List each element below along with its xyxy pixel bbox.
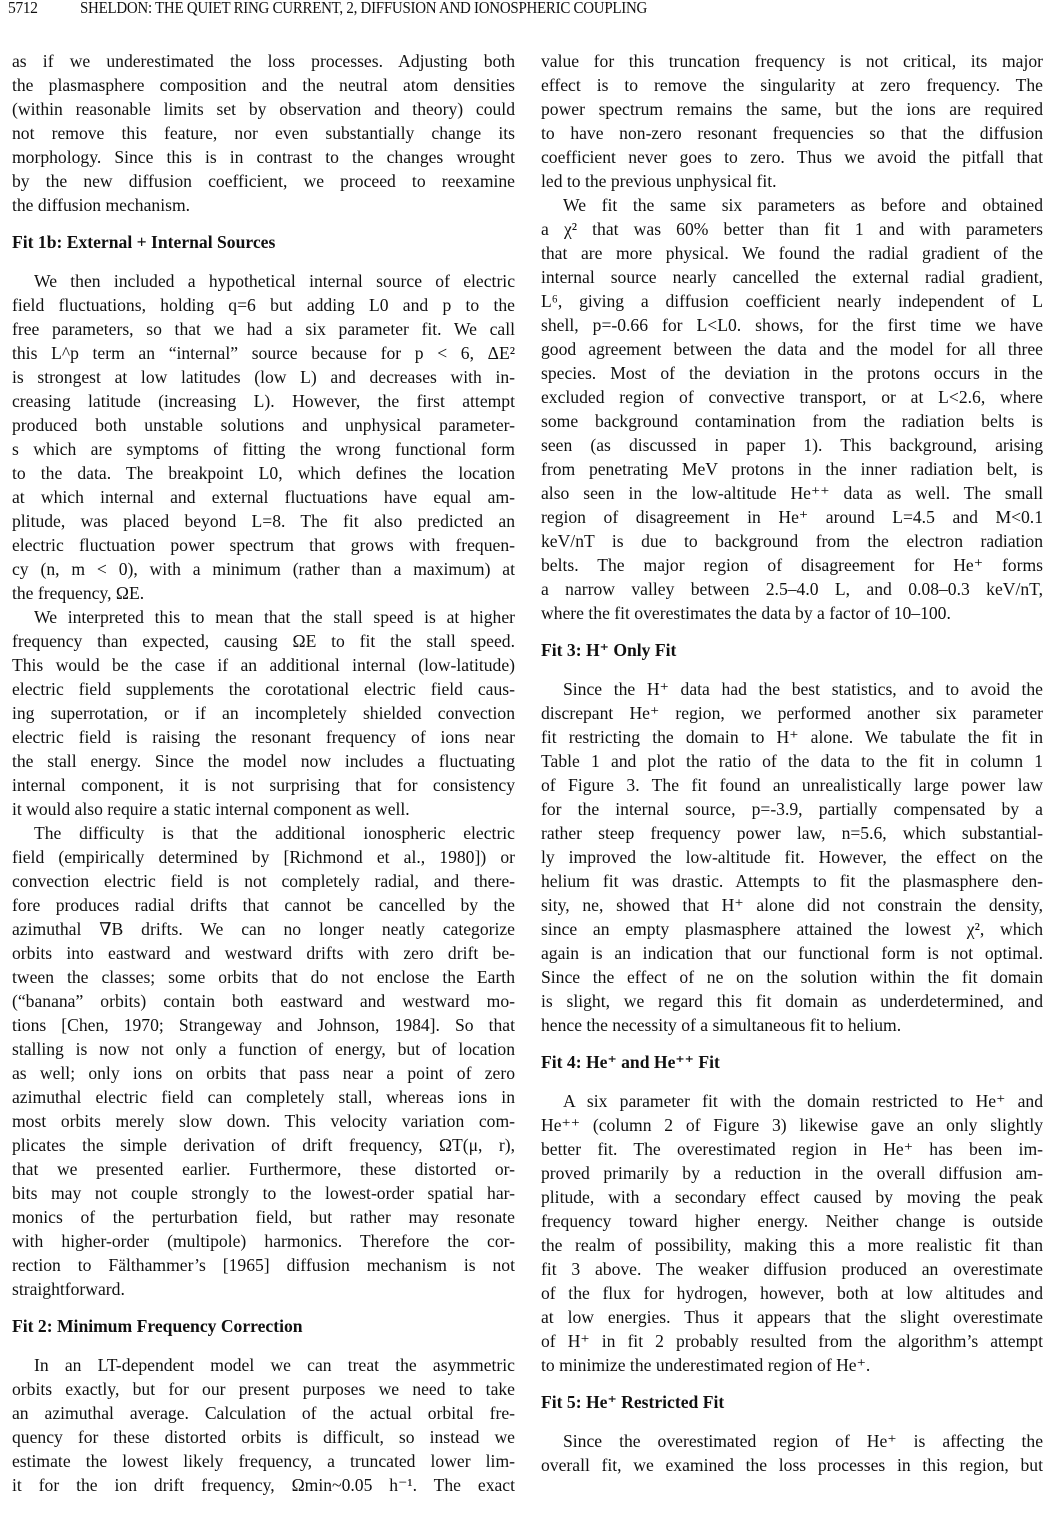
- text-line: the realm of possibility, making this a …: [541, 1233, 1043, 1257]
- text-line: orbits into eastward and westward drifts…: [12, 941, 515, 965]
- text-line: is strongest at low latitudes (low L) an…: [12, 365, 515, 389]
- text-line: Since the effect of ne on the solution w…: [541, 965, 1043, 989]
- text-line: ing superrotation, or if an incompletely…: [12, 701, 515, 725]
- text-line: since an empty plasmasphere attained the…: [541, 917, 1043, 941]
- text-line: to minimize the underestimated region of…: [541, 1353, 1043, 1377]
- paragraph: The difficulty is that the additional io…: [12, 821, 515, 1301]
- text-line: discrepant He⁺ region, we performed anot…: [541, 701, 1043, 725]
- text-line: produced both unstable solutions and unp…: [12, 413, 515, 437]
- text-line: azimuthal ∇B drifts. We can no longer ne…: [12, 917, 515, 941]
- paragraph: Since the overestimated region of He⁺ is…: [541, 1429, 1043, 1477]
- text-line: L⁶, giving a diffusion coefficient nearl…: [541, 289, 1043, 313]
- text-line: This would be the case if an additional …: [12, 653, 515, 677]
- text-line: (within reasonable limits set by observa…: [12, 97, 515, 121]
- text-line: this L^p term an “internal” source becau…: [12, 341, 515, 365]
- text-line: value for this truncation frequency is n…: [541, 49, 1043, 73]
- text-line: quency for these distorted orbits is dif…: [12, 1425, 515, 1449]
- text-line: proved primarily by a reduction in the o…: [541, 1161, 1043, 1185]
- text-line: Since the overestimated region of He⁺ is…: [541, 1429, 1043, 1453]
- text-line: as well; only ions on orbits that pass n…: [12, 1061, 515, 1085]
- text-line: internal source nearly cancelled the ext…: [541, 265, 1043, 289]
- section-heading-fit4: Fit 4: He⁺ and He⁺⁺ Fit: [541, 1050, 1043, 1074]
- text-line: field fluctuations, holding q=6 but addi…: [12, 293, 515, 317]
- text-line: electric field is raising the resonant f…: [12, 725, 515, 749]
- text-line: a χ² that was 60% better than fit 1 and …: [541, 217, 1043, 241]
- text-line: hence the necessity of a simultaneous fi…: [541, 1013, 1043, 1037]
- text-line: good agreement between the data and the …: [541, 337, 1043, 361]
- text-line: the frequency, ΩE.: [12, 581, 515, 605]
- text-line: by the new diffusion coefficient, we pro…: [12, 169, 515, 193]
- text-line: a narrow valley between 2.5–4.0 L, and 0…: [541, 577, 1043, 601]
- text-line: (“banana” orbits) contain both eastward …: [12, 989, 515, 1013]
- text-line: A six parameter fit with the domain rest…: [541, 1089, 1043, 1113]
- text-line: species. Most of the deviation in the pr…: [541, 361, 1043, 385]
- running-title: SHELDON: THE QUIET RING CURRENT, 2, DIFF…: [80, 0, 647, 18]
- text-line: at low energies. Thus it appears that th…: [541, 1305, 1043, 1329]
- text-line: seen (as discussed in paper 1). This bac…: [541, 433, 1043, 457]
- paragraph: We then included a hypothetical internal…: [12, 269, 515, 605]
- text-line: rather steep frequency power law, n=5.6,…: [541, 821, 1043, 845]
- text-line: the stall energy. Since the model now in…: [12, 749, 515, 773]
- text-line: He⁺⁺ (column 2 of Figure 3) likewise gav…: [541, 1113, 1043, 1137]
- text-line: fore produces radial drifts that cannot …: [12, 893, 515, 917]
- text-line: ly improved the low-altitude fit. Howeve…: [541, 845, 1043, 869]
- text-line: with higher-order (multipole) harmonics.…: [12, 1229, 515, 1253]
- section-heading-fit2: Fit 2: Minimum Frequency Correction: [12, 1314, 515, 1338]
- text-line: field (empirically determined by [Richmo…: [12, 845, 515, 869]
- paragraph: We fit the same six parameters as before…: [541, 193, 1043, 625]
- text-line: Table 1 and plot the ratio of the data t…: [541, 749, 1043, 773]
- text-line: convection electric field is not complet…: [12, 869, 515, 893]
- text-line: not remove this feature, nor even substa…: [12, 121, 515, 145]
- text-line: an azimuthal average. Calculation of the…: [12, 1401, 515, 1425]
- text-line: as if we underestimated the loss process…: [12, 49, 515, 73]
- intro-paragraph: as if we underestimated the loss process…: [12, 49, 515, 217]
- text-line: plitude, was placed beyond L=8. The fit …: [12, 509, 515, 533]
- text-line: effect is to remove the singularity at z…: [541, 73, 1043, 97]
- text-line: tween the classes; some orbits that do n…: [12, 965, 515, 989]
- paragraph: A six parameter fit with the domain rest…: [541, 1089, 1043, 1377]
- right-column: value for this truncation frequency is n…: [541, 49, 1043, 1477]
- text-line: helium fit was drastic. Attempts to fit …: [541, 869, 1043, 893]
- text-line: sity, ne, showed that H⁺ alone did not c…: [541, 893, 1043, 917]
- text-line: electric field supplements the corotatio…: [12, 677, 515, 701]
- text-line: belts. The major region of disagreement …: [541, 553, 1043, 577]
- text-line: also seen in the low-altitude He⁺⁺ data …: [541, 481, 1043, 505]
- text-line: region of disagreement in He⁺ around L=4…: [541, 505, 1043, 529]
- text-line: keV/nT is due to background from the ele…: [541, 529, 1043, 553]
- text-line: straightforward.: [12, 1277, 515, 1301]
- text-line: rection to Fälthammer’s [1965] diffusion…: [12, 1253, 515, 1277]
- text-line: fit 3 above. The weaker diffusion produc…: [541, 1257, 1043, 1281]
- text-line: the diffusion mechanism.: [12, 193, 515, 217]
- paragraph: value for this truncation frequency is n…: [541, 49, 1043, 193]
- text-line: frequency toward higher energy. Neither …: [541, 1209, 1043, 1233]
- left-column: as if we underestimated the loss process…: [12, 49, 515, 1497]
- text-line: Since the H⁺ data had the best statistic…: [541, 677, 1043, 701]
- text-line: of the flux for hydrogen, however, both …: [541, 1281, 1043, 1305]
- text-line: internal component, it is not surprising…: [12, 773, 515, 797]
- section-heading-fit1b: Fit 1b: External + Internal Sources: [12, 230, 515, 254]
- text-line: We then included a hypothetical internal…: [12, 269, 515, 293]
- text-line: led to the previous unphysical fit.: [541, 169, 1043, 193]
- section-heading-fit5: Fit 5: He⁺ Restricted Fit: [541, 1390, 1043, 1414]
- text-line: where the fit overestimates the data by …: [541, 601, 1043, 625]
- text-line: morphology. Since this is in contrast to…: [12, 145, 515, 169]
- text-line: is slight, we regard this fit domain as …: [541, 989, 1043, 1013]
- text-line: that we presented earlier. Furthermore, …: [12, 1157, 515, 1181]
- text-line: from penetrating MeV protons in the inne…: [541, 457, 1043, 481]
- text-line: of Figure 3. The fit found an unrealisti…: [541, 773, 1043, 797]
- text-line: s which are symptoms of fitting the wron…: [12, 437, 515, 461]
- text-line: shell, p=-0.66 for L<L0. shows, for the …: [541, 313, 1043, 337]
- text-line: better fit. The overestimated region in …: [541, 1137, 1043, 1161]
- text-line: plicates the simple derivation of drift …: [12, 1133, 515, 1157]
- text-line: that are more physical. We found the rad…: [541, 241, 1043, 265]
- page-header: 5712 SHELDON: THE QUIET RING CURRENT, 2,…: [0, 0, 1059, 24]
- text-line: overall fit, we examined the loss proces…: [541, 1453, 1043, 1477]
- text-line: azimuthal electric field can completely …: [12, 1085, 515, 1109]
- text-line: electric fluctuation power spectrum that…: [12, 533, 515, 557]
- text-line: frequency than expected, causing ΩE to f…: [12, 629, 515, 653]
- text-line: creasing latitude (increasing L). Howeve…: [12, 389, 515, 413]
- text-line: for the internal source, p=-3.9, partial…: [541, 797, 1043, 821]
- page-number: 5712: [8, 0, 37, 18]
- text-line: excluded region of convective transport,…: [541, 385, 1043, 409]
- text-line: We interpreted this to mean that the sta…: [12, 605, 515, 629]
- text-line: cy (n, m < 0), with a minimum (rather th…: [12, 557, 515, 581]
- text-line: monics of the perturbation field, but ra…: [12, 1205, 515, 1229]
- text-line: plitude, with a secondary effect caused …: [541, 1185, 1043, 1209]
- text-line: coefficient never goes to zero. Thus we …: [541, 145, 1043, 169]
- paragraph: In an LT-dependent model we can treat th…: [12, 1353, 515, 1497]
- text-line: it for the ion drift frequency, Ωmin~0.0…: [12, 1473, 515, 1497]
- text-line: it would also require a static internal …: [12, 797, 515, 821]
- text-line: The difficulty is that the additional io…: [12, 821, 515, 845]
- text-line: at which internal and external fluctuati…: [12, 485, 515, 509]
- section-heading-fit3: Fit 3: H⁺ Only Fit: [541, 638, 1043, 662]
- text-line: free parameters, so that we had a six pa…: [12, 317, 515, 341]
- text-line: of H⁺ in fit 2 probably resulted from th…: [541, 1329, 1043, 1353]
- text-line: to have non-zero resonant frequencies so…: [541, 121, 1043, 145]
- text-line: most orbits merely slow down. This veloc…: [12, 1109, 515, 1133]
- text-line: In an LT-dependent model we can treat th…: [12, 1353, 515, 1377]
- text-line: to the data. The breakpoint L0, which de…: [12, 461, 515, 485]
- text-line: some background contamination from the r…: [541, 409, 1043, 433]
- text-line: power spectrum remains the same, but the…: [541, 97, 1043, 121]
- text-line: tions [Chen, 1970; Strangeway and Johnso…: [12, 1013, 515, 1037]
- text-line: bits may not couple strongly to the lowe…: [12, 1181, 515, 1205]
- text-line: the plasmasphere composition and the neu…: [12, 73, 515, 97]
- paragraph: Since the H⁺ data had the best statistic…: [541, 677, 1043, 1037]
- paragraph: We interpreted this to mean that the sta…: [12, 605, 515, 821]
- text-line: orbits exactly, but for our present purp…: [12, 1377, 515, 1401]
- text-line: We fit the same six parameters as before…: [541, 193, 1043, 217]
- text-line: again is an indication that our function…: [541, 941, 1043, 965]
- text-line: estimate the lowest likely frequency, a …: [12, 1449, 515, 1473]
- text-line: stalling is now not only a function of e…: [12, 1037, 515, 1061]
- text-line: fit restricting the domain to H⁺ alone. …: [541, 725, 1043, 749]
